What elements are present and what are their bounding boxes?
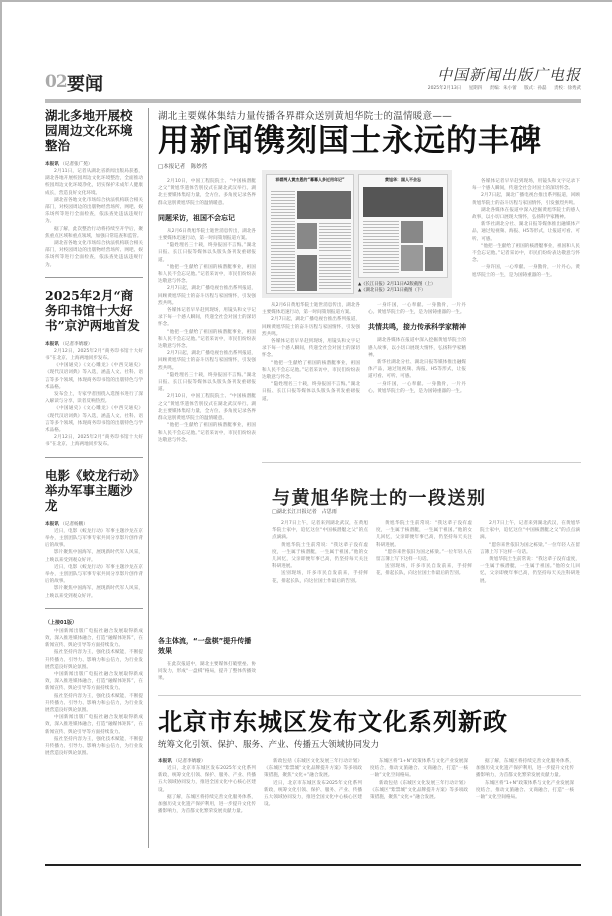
- page-bottom-rule: [45, 864, 581, 866]
- text-column: 新政包括《东城区文化发展三年行动计划》《东城区“紫禁城”文化品牌提升方案》等多项…: [264, 758, 362, 815]
- paragraph: 近日，北京市东城区发布2025年文化系列新政，统筹文化引领、保护、服务、产业、传…: [158, 765, 256, 794]
- paragraph: “他把一生献给了祖国的核潜艇事业，祖国和人民不会忘记他。”记者采访中，市民们纷纷…: [472, 243, 580, 265]
- paragraph: 一身许国，一心奉献。一身傲骨，一片丹心。黄旭华院士的一生，是为国铸重器的一生。: [368, 381, 466, 395]
- paragraph: 新华社湖北分社、湖北日报等媒体推出融媒体产品，通过短视频、海报、H5等形式，让报…: [368, 359, 466, 381]
- divider: [45, 608, 143, 609]
- page-number: 02: [45, 72, 67, 92]
- main-story-body-left: 2月10日，中国工程院院士、“中国核潜艇之父”黄旭华遗体告别仪式在湖北武汉举行。…: [158, 178, 256, 444]
- continued-label: （上接01版）: [45, 619, 143, 626]
- layout-editor: 版式：孙磊: [524, 86, 547, 91]
- paragraph: 新政包括《东城区文化发展三年行动计划》《东城区“紫禁城”文化品牌提升方案》等多项…: [370, 780, 468, 802]
- continued-article: （上接01版） 中国新闻出版广电报社融合发展取得新成效，深入推进媒体融合，打造“…: [45, 619, 143, 758]
- paragraph: 2月7日起，湖北广播电视台推出系列报道，回顾黄旭华院士的奋斗历程与家国情怀，引发…: [158, 285, 256, 307]
- text-column: 一身许国，一心奉献。一身傲骨，一片丹心。黄旭华院士的一生，是为国铸重器的一生。 …: [368, 302, 466, 403]
- paragraph: 2月12日，2025年2月“商务印书馆十大好书”在北京、上海两地同步发布。: [45, 434, 143, 448]
- paragraph: 中国新闻出版广电报社融合发展取得新成效，深入推进媒体融合，打造“融媒体矩阵”，在…: [45, 714, 143, 736]
- text-column: 本报讯 （记者李婧璇） 近日，北京市东城区发布2025年文化系列新政，统筹文化引…: [158, 758, 256, 815]
- paragraph: 湖北省各地文化市场综合执法机构联合相关部门，对校园周边的出版物经营场所、网吧、娱…: [45, 197, 143, 226]
- paragraph: 各媒体记者早早赶到现场，用镜头和文字记录下每一个感人瞬间，传递全社会对国士的深切…: [472, 178, 580, 192]
- brief-article: 湖北多地开展校园周边文化环境整治 本报讯 （记者张广苑） 2月11日，记者从湖北…: [45, 108, 143, 269]
- paragraph: 中国新闻出版广电报社融合发展取得新成效，深入推进媒体融合，打造“融媒体矩阵”，在…: [45, 671, 143, 693]
- paragraph: 2月7日起，湖北广播电视台推出系列报道，回顾黄旭华院士的奋斗历程与家国情怀，引发…: [472, 192, 580, 206]
- paragraph: “愿你来世依旧为国之栋梁。”一位年轻人在留言簿上写下这样一句话。: [376, 549, 472, 563]
- paragraph: 报社坚持内容为王，强化技术赋能，不断提升传播力、引导力、影响力和公信力，为行业发…: [45, 649, 143, 671]
- brief-byline: 本报讯 （记者张广苑）: [45, 161, 143, 168]
- paragraph: 2月7日上午，记者来到湖北武汉，在黄旭华院士家中，追忆这位“中国核潜艇之父”的点…: [272, 520, 368, 542]
- paragraph: 送别现场，许多市民自发前来，手持鲜花，排起长队，向这位国士作最后的告别。: [376, 563, 472, 577]
- paragraph: 据了解，此次整治行动将持续至开学后，聚焦重点区域和重点领域，加强日常巡查和监管。: [45, 226, 143, 240]
- paragraph: 2月11日，记者从湖北省新闻出版局获悉，湖北各地开展校园周边文化环境整治，全面推…: [45, 168, 143, 197]
- paragraph: 从2月6日黄旭华院士逝世消息传出，湖北各主要媒体迅速行动，第一时间策划报道方案。: [158, 228, 256, 242]
- brief-title: 电影《蛟龙行动》举办军事主题沙龙: [45, 468, 143, 513]
- paragraph: 各媒体记者早早赶到现场，用镜头和文字记录下每一个感人瞬间，传递全社会对国士的深切…: [262, 338, 360, 360]
- divider: [45, 277, 143, 278]
- issue-meta: 2025年2月13日 星期四 责编：朱小蕾 版式：孙磊 责校：徐秀武: [422, 85, 581, 91]
- divider: [158, 695, 581, 696]
- text-column: 2月7日上午，记者来到湖北武汉，在黄旭华院士家中，追忆这位“中国核潜艇之父”的点…: [480, 520, 580, 585]
- paragraph: 从2月6日黄旭华院士逝世消息传出，湖北各主要媒体迅速行动，第一时间策划报道方案。: [262, 302, 360, 316]
- brief-article: 2025年2月“商务印书馆十大好书”京沪两地首发 本报讯 （记者李婧璇） 2月1…: [45, 288, 143, 449]
- issue-date: 2025年2月13日: [428, 86, 462, 91]
- subhead: 各主体流，“一盘棋”提升传播效果: [158, 636, 256, 656]
- paragraph: 2月7日起，湖北广播电视台推出系列报道，回顾黄旭华院士的奋斗历程与家国情怀，引发…: [158, 350, 256, 372]
- paragraph: 发布会上，专家学者围绕入选图书进行了深入解读与分享，读者反响热烈。: [45, 391, 143, 405]
- paragraph: 《中国通史》《文心雕龙》《中西交通史》《现代汉语词典》等入选，涵盖人文、社科、语…: [45, 405, 143, 434]
- subhead: 同题采访，祖国不会忘记: [158, 213, 256, 223]
- paragraph: 一身许国，一心奉献。一身傲骨，一片丹心。黄旭华院士的一生，是为国铸重器的一生。: [472, 264, 580, 278]
- paragraph: 湖北各媒体在报道中深入挖掘黄旭华院士的感人故事，以小切口展现大情怀，弘扬科学家精…: [472, 207, 580, 221]
- paragraph: 2月12日，2025年2月“商务印书馆十大好书”在北京、上海两地同步发布。: [45, 348, 143, 362]
- paragraph: “他把一生献给了祖国的核潜艇事业，祖国和人民不会忘记他。”记者采访中，市民们纷纷…: [158, 329, 256, 351]
- main-story-header: 湖北主要媒体集结力量传播各界群众送别黄旭华院士的温情暖意—— 用新闻镌刻国士永远…: [158, 108, 581, 170]
- bottom-story-deck: 统筹文化引领、保护、服务、产业、传播五大领域协同发力: [158, 738, 379, 750]
- text-column: 东城区将“1+N”政策体系与文化产业发展深度结合，推动文旅融合、文商融合，打造“…: [370, 758, 468, 815]
- text-column: 从2月6日黄旭华院士逝世消息传出，湖北各主要媒体迅速行动，第一时间策划报道方案。…: [262, 302, 360, 403]
- paragraph: 湖北各媒体在报道中深入挖掘黄旭华院士的感人故事，以小切口展现大情怀，弘扬科学家精…: [368, 337, 466, 359]
- text-column: 2月10日，中国工程院院士、“中国核潜艇之父”黄旭华遗体告别仪式在湖北武汉举行。…: [158, 178, 256, 444]
- paragraph: “他把一生献给了祖国的核潜艇事业，祖国和人民不会忘记他。”记者采访中，市民们纷纷…: [158, 422, 256, 444]
- paragraph: 东城区将“1+N”政策体系与文化产业发展深度结合，推动文旅融合、文商融合，打造“…: [370, 758, 468, 780]
- main-story-body-right: 从2月6日黄旭华院士逝世消息传出，湖北各主要媒体迅速行动，第一时间策划报道方案。…: [262, 302, 466, 403]
- paragraph: 新政包括《东城区文化发展三年行动计划》《东城区“紫禁城”文化品牌提升方案》等多项…: [264, 758, 362, 780]
- paragraph: 近日，电影《蛟龙行动》军事主题沙龙在京举办，主创团队与军事专家共同分享影片创作背…: [45, 564, 143, 586]
- brief-byline: 本报讯 （记者李婧璇）: [45, 341, 143, 348]
- text-column: 各主体流，“一盘棋”提升传播效果 在此次报道中，湖北主要媒体打破壁垒、协同发力，…: [158, 630, 256, 683]
- text-column: 黄旭华院士生前常说：“我这辈子没有虚度，一生属于核潜艇，一生属于祖国。”他的女儿…: [376, 520, 472, 585]
- paragraph: “隐姓埋名三十载，终身报国不言悔。”湖北日报、长江日报等媒体以头版头条刊发重磅报…: [262, 381, 360, 403]
- story-byline: □本报记者 陈妙然: [158, 162, 581, 170]
- paragraph: 在此次报道中，湖北主要媒体打破壁垒、协同发力，形成“一盘棋”格局，提升了整体传播…: [158, 661, 256, 683]
- paragraph: 2月7日上午，记者来到湖北武汉，在黄旭华院士家中，追忆这位“中国核潜艇之父”的点…: [480, 520, 580, 542]
- brief-byline: 本报讯 （记者杨鹏）: [45, 521, 143, 528]
- divider: [45, 457, 143, 458]
- paragraph: “愿你来世依旧为国之栋梁。”一位年轻人在留言簿上写下这样一句话。: [480, 542, 580, 556]
- clipping-thumbnail-2: 黄旭华：国人不会忘: [358, 174, 448, 278]
- paragraph: 一身许国，一心奉献。一身傲骨，一片丹心。黄旭华院士的一生，是为国铸重器的一生。: [368, 302, 466, 316]
- text-column: 据了解，东城区将持续完善文化服务体系，加强历史文化遗产保护利用，进一步提升文化传…: [476, 758, 574, 815]
- paragraph: 据了解，东城区将持续完善文化服务体系，加强历史文化遗产保护利用，进一步提升文化传…: [476, 758, 574, 780]
- paragraph: 新华社湖北分社、湖北日报等媒体推出融媒体产品，通过短视频、海报、H5等形式，让报…: [472, 221, 580, 243]
- paragraph: 东城区将“1+N”政策体系与文化产业发展深度结合，推动文旅融合、文商融合，打造“…: [476, 780, 574, 802]
- paragraph: 中国新闻出版广电报社融合发展取得新成效，深入推进媒体融合，打造“融媒体矩阵”，在…: [45, 628, 143, 650]
- paragraph: 黄旭华院士生前常说：“我这辈子没有虚度，一生属于核潜艇，一生属于祖国。”他的女儿…: [480, 556, 580, 585]
- paragraph: 黄旭华院士生前常说：“我这辈子没有虚度，一生属于核潜艇，一生属于祖国。”他的女儿…: [272, 542, 368, 571]
- clipping-thumbnail-1: 祥碧两人黄杰恩的“幕幕人多近用年记”: [266, 174, 354, 294]
- second-story-byline: □湖北长江日报记者 占思雨: [272, 508, 337, 515]
- masthead: 02 要闻 中国新闻出版广电报 2025年2月13日 星期四 责编：朱小蕾 版式…: [45, 72, 581, 98]
- text-column: 2月7日上午，记者来到湖北武汉，在黄旭华院士家中，追忆这位“中国核潜艇之父”的点…: [272, 520, 368, 585]
- bottom-story-headline: 北京市东城区发布文化系列新政: [158, 702, 508, 737]
- brief-title: 2025年2月“商务印书馆十大好书”京沪两地首发: [45, 288, 143, 333]
- paragraph: 影片聚焦中国海军，展现新时代军人风采，上映以来受到观众好评。: [45, 585, 143, 599]
- paragraph: “隐姓埋名三十载，终身报国不言悔。”湖北日报、长江日报等媒体以头版头条刊发重磅报…: [158, 372, 256, 394]
- paragraph: “隐姓埋名三十载，终身报国不言悔。”湖北日报、长江日报等媒体以头版头条刊发重磅报…: [158, 242, 256, 264]
- second-story-body: 2月7日上午，记者来到湖北武汉，在黄旭华院士家中，追忆这位“中国核潜艇之父”的点…: [272, 520, 580, 585]
- main-story-body-bottom: 各主体流，“一盘棋”提升传播效果 在此次报道中，湖北主要媒体打破壁垒、协同发力，…: [158, 630, 256, 683]
- paragraph: 2月10日，中国工程院院士、“中国核潜艇之父”黄旭华遗体告别仪式在湖北武汉举行。…: [158, 393, 256, 422]
- main-story-body-far-right: 各媒体记者早早赶到现场，用镜头和文字记录下每一个感人瞬间，传递全社会对国士的深切…: [472, 178, 580, 279]
- column-divider: [148, 108, 149, 848]
- left-column: 湖北多地开展校园周边文化环境整治 本报讯 （记者张广苑） 2月11日，记者从湖北…: [45, 108, 143, 765]
- paragraph: 近日，电影《蛟龙行动》军事主题沙龙在京举办，主创团队与军事专家共同分享影片创作背…: [45, 528, 143, 550]
- newspaper-clippings-photo: 祥碧两人黄杰恩的“幕幕人多近用年记” 黄旭华：国人不会忘: [262, 170, 452, 298]
- section-title: 要闻: [67, 70, 103, 96]
- text-column: 各媒体记者早早赶到现场，用镜头和文字记录下每一个感人瞬间，传递全社会对国士的深切…: [472, 178, 580, 279]
- divider: [262, 462, 581, 463]
- story-headline: 用新闻镌刻国士永远的丰碑: [158, 122, 581, 160]
- second-story-headline: 与黄旭华院士的一段送别: [272, 484, 487, 510]
- paragraph: 报社坚持内容为王，强化技术赋能，不断提升传播力、引导力、影响力和公信力，为行业发…: [45, 693, 143, 715]
- paragraph: 2月10日，中国工程院院士、“中国核潜艇之父”黄旭华遗体告别仪式在湖北武汉举行。…: [158, 178, 256, 207]
- paragraph: 湖北省各地文化市场综合执法机构联合相关部门，对校园周边的出版物经营场所、网吧、娱…: [45, 240, 143, 269]
- issue-weekday: 星期四: [469, 86, 483, 91]
- story-kicker: 湖北主要媒体集结力量传播各界群众送别黄旭华院士的温情暖意——: [158, 108, 581, 122]
- newspaper-name: 中国新闻出版广电报: [437, 64, 581, 85]
- brief-title: 湖北多地开展校园周边文化环境整治: [45, 108, 143, 153]
- masthead-rule: [45, 99, 581, 103]
- brief-article: 电影《蛟龙行动》举办军事主题沙龙 本报讯 （记者杨鹏） 近日，电影《蛟龙行动》军…: [45, 468, 143, 600]
- paragraph: 各媒体记者早早赶到现场，用镜头和文字记录下每一个感人瞬间，传递全社会对国士的深切…: [158, 307, 256, 329]
- paragraph: 据了解，东城区将持续完善文化服务体系，加强历史文化遗产保护利用，进一步提升文化传…: [158, 794, 256, 816]
- paragraph: 黄旭华院士生前常说：“我这辈子没有虚度，一生属于核潜艇，一生属于祖国。”他的女儿…: [376, 520, 472, 549]
- proofreader: 责校：徐秀武: [554, 86, 581, 91]
- paragraph: 《中国通史》《文心雕龙》《中西交通史》《现代汉语词典》等入选，涵盖人文、社科、语…: [45, 362, 143, 391]
- paragraph: 影片聚焦中国海军，展现新时代军人风采，上映以来受到观众好评。: [45, 549, 143, 563]
- bottom-story-body: 本报讯 （记者李婧璇） 近日，北京市东城区发布2025年文化系列新政，统筹文化引…: [158, 758, 574, 815]
- subhead: 共情共鸣，接力传承科学家精神: [368, 322, 466, 332]
- editor: 责编：朱小蕾: [490, 86, 517, 91]
- paragraph: 送别现场，许多市民自发前来，手持鲜花，排起长队，向这位国士作最后的告别。: [272, 570, 368, 584]
- paragraph: “他把一生献给了祖国的核潜艇事业，祖国和人民不会忘记他。”记者采访中，市民们纷纷…: [158, 264, 256, 286]
- clipping-photo: [297, 191, 351, 219]
- paragraph: “他把一生献给了祖国的核潜艇事业，祖国和人民不会忘记他。”记者采访中，市民们纷纷…: [262, 360, 360, 382]
- paragraph: 近日，北京市东城区发布2025年文化系列新政，统筹文化引领、保护、服务、产业、传…: [264, 780, 362, 809]
- paragraph: 报社坚持内容为王，强化技术赋能，不断提升传播力、引导力、影响力和公信力，为行业发…: [45, 736, 143, 758]
- photo-caption: ▲《长江日报》2月11日A2版截图（上） ▲《湖北日报》2月11日截图（下）: [358, 282, 478, 294]
- paragraph: 2月7日起，湖北广播电视台推出系列报道，回顾黄旭华院士的奋斗历程与家国情怀，引发…: [262, 316, 360, 338]
